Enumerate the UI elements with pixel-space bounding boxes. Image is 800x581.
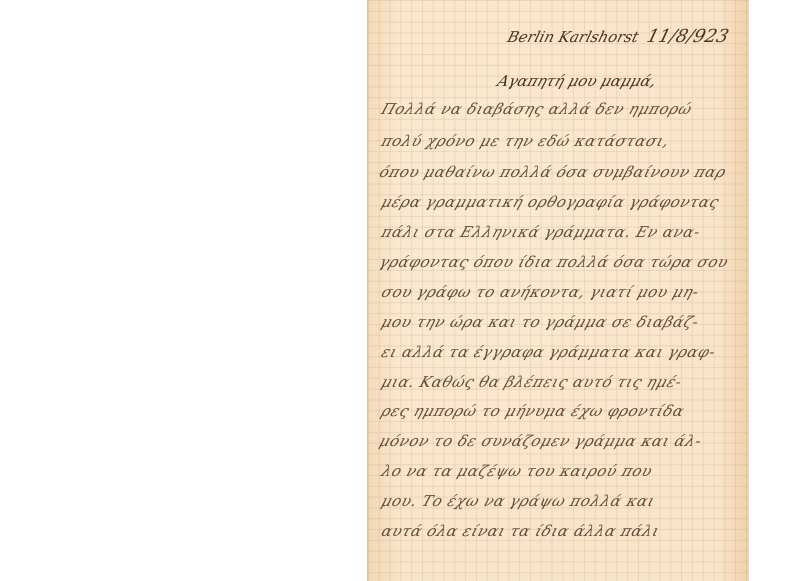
letter-line: μου. Το έχω να γράψω πολλά και [379,492,658,510]
letter-date: 11/8/923 [644,26,730,47]
letter-line: ρες ημπορώ το μήνυμα έχω φροντίδα [379,402,687,420]
letter-line: πάλι στα Ελληνικά γράμματα. Εν ανα- [379,223,703,241]
letter-line: Πολλά να διαβάσης αλλά δεν ημπορώ [379,100,695,118]
letter-line: όπου μαθαίνω πολλά όσα συμβαίνουν παρ [377,163,729,181]
letter-line: πολύ χρόνο με την εδώ κατάστασι, [379,132,672,150]
letter-line: λο να τα μαζέψω του καιρού που [379,462,655,480]
letter-header: Berlin Karlshorst 11/8/923 [505,26,731,47]
letter-greeting: Αγαπητή μου μαμμά, [495,72,659,90]
letter-line: ει αλλά τα έγγραφα γράμματα και γραφ- [379,343,718,361]
letter-line: μόνον το δε συνάζομεν γράμμα και άλ- [377,432,704,450]
letter-line: αυτά όλα είναι τα ίδια άλλα πάλι [379,522,662,540]
letter-line: μέρα γραμματική ορθογραφία γράφοντας [379,193,722,211]
letter-page: Berlin Karlshorst 11/8/923 Αγαπητή μου μ… [368,0,748,581]
letter-line: σου γράφω το ανήκοντα, γιατί μου μη- [379,283,702,301]
letter-line: μου την ώρα και το γράμμα σε διαβάζ- [379,313,701,331]
letter-line: γράφοντας όπου ίδια πολλά όσα τώρα σου [377,253,731,271]
image-viewer: Berlin Karlshorst 11/8/923 Αγαπητή μου μ… [0,0,800,581]
letter-line: μια. Καθώς θα βλέπεις αυτό τις ημέ- [379,373,685,391]
letter-place: Berlin Karlshorst [505,28,640,46]
